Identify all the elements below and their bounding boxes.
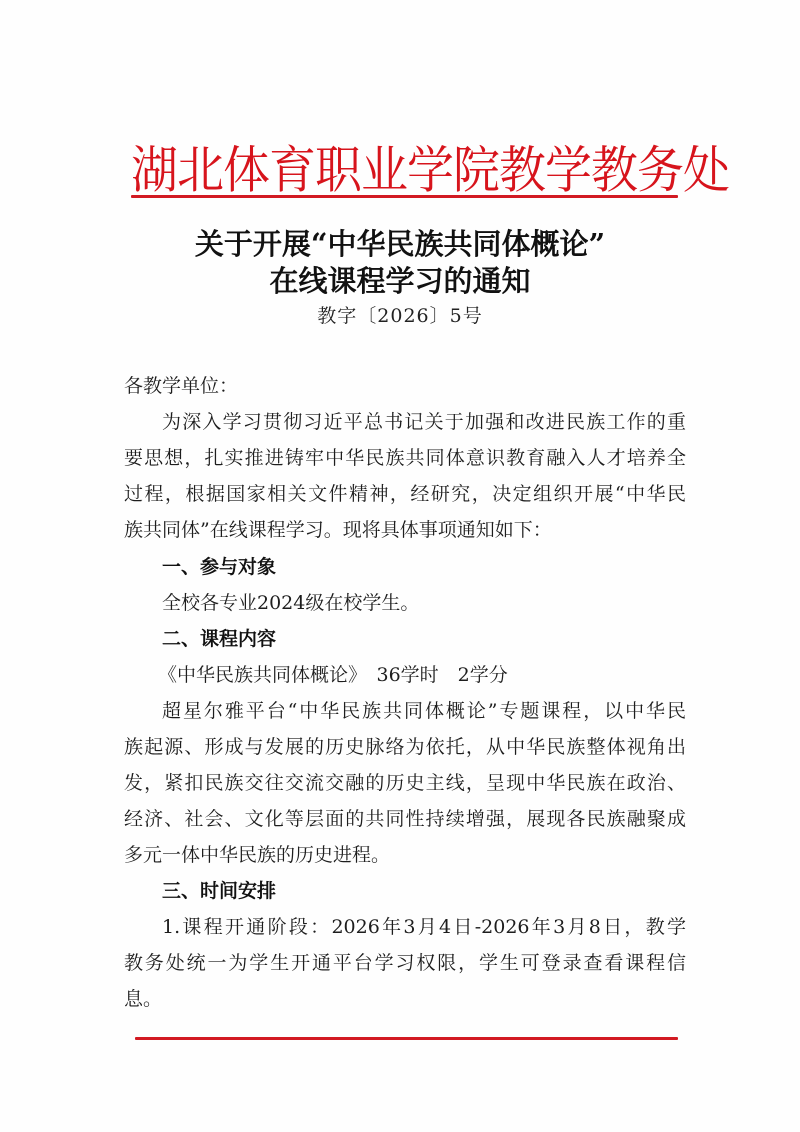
notice-title-line-1: 关于开展“中华民族共同体概论” bbox=[0, 222, 800, 263]
section-heading-schedule: 三、时间安排 bbox=[162, 879, 276, 903]
section-text: 发，紧扣民族交往交流交融的历史主线，呈现中华民族在政治、 bbox=[124, 771, 686, 795]
section-text: 多元一体中华民族的历史进程。 bbox=[124, 843, 686, 867]
section-text: 超星尔雅平台“中华民族共同体概论”专题课程，以中华民 bbox=[162, 699, 686, 723]
document-number: 教字〔2026〕5号 bbox=[0, 301, 800, 328]
intro-line: 过程，根据国家相关文件精神，经研究，决定组织开展“中华民 bbox=[124, 482, 686, 506]
section-text: 教务处统一为学生开通平台学习权限，学生可登录查看课程信 bbox=[124, 951, 686, 975]
section-heading-participants: 一、参与对象 bbox=[162, 555, 276, 579]
intro-line: 要思想，扎实推进铸牢中华民族共同体意识教育融入人才培养全 bbox=[124, 446, 686, 470]
section-text: 全校各专业2024级在校学生。 bbox=[162, 591, 686, 615]
section-text: 息。 bbox=[124, 987, 686, 1011]
footer-red-rule bbox=[135, 1037, 678, 1040]
org-header-text: 湖北体育职业学院教学教务处 bbox=[131, 130, 729, 202]
section-text: 1.课程开通阶段：2026年3月4日-2026年3月8日，教学 bbox=[162, 915, 686, 939]
document-page: 湖北体育职业学院教学教务处 关于开展“中华民族共同体概论” 在线课程学习的通知 … bbox=[0, 0, 800, 1132]
header-red-rule bbox=[131, 195, 678, 198]
salutation: 各教学单位： bbox=[124, 374, 686, 398]
course-info-line: 《中华民族共同体概论》 36学时 2学分 bbox=[158, 663, 682, 687]
intro-line: 为深入学习贯彻习近平总书记关于加强和改进民族工作的重 bbox=[162, 410, 686, 434]
section-text: 族起源、形成与发展的历史脉络为依托，从中华民族整体视角出 bbox=[124, 735, 686, 759]
intro-line: 族共同体”在线课程学习。现将具体事项通知如下： bbox=[124, 518, 686, 542]
notice-title-line-2: 在线课程学习的通知 bbox=[0, 259, 800, 300]
org-header: 湖北体育职业学院教学教务处 bbox=[131, 138, 677, 194]
section-text: 经济、社会、文化等层面的共同性持续增强，展现各民族融聚成 bbox=[124, 807, 686, 831]
section-heading-course-content: 二、课程内容 bbox=[162, 627, 276, 651]
